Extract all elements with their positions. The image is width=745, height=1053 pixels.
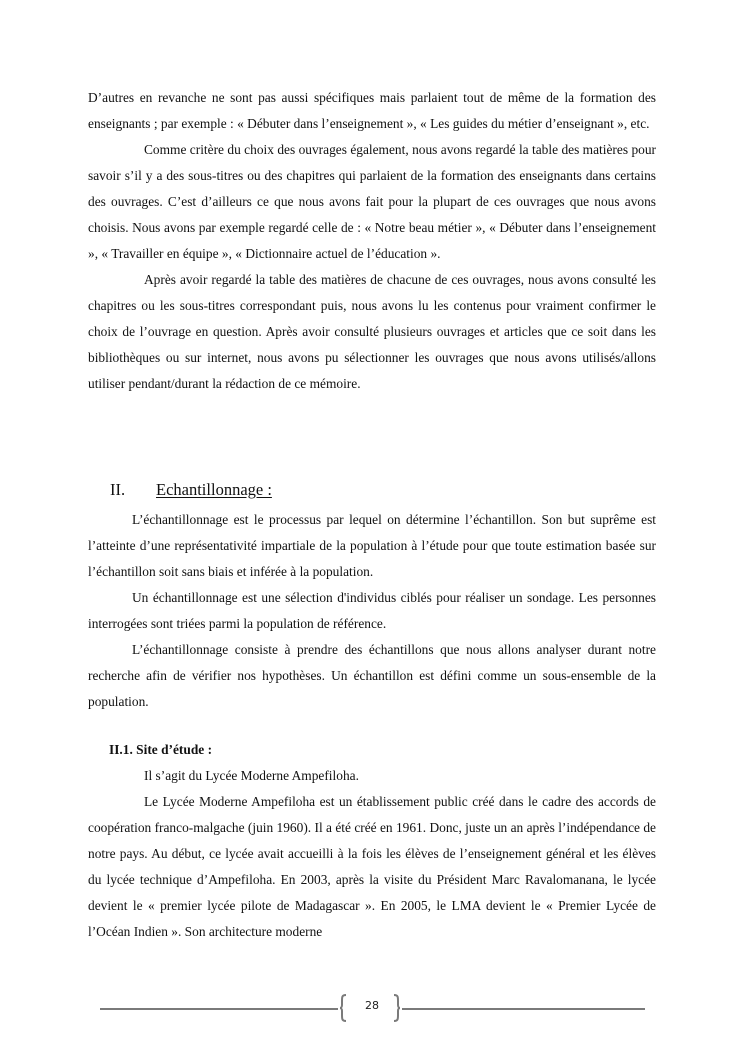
intro-text-block: D’autres en revanche ne sont pas aussi s… xyxy=(88,85,656,397)
paragraph: Le Lycée Moderne Ampefiloha est un établ… xyxy=(88,789,656,945)
document-page: D’autres en revanche ne sont pas aussi s… xyxy=(0,0,745,1053)
paragraph: D’autres en revanche ne sont pas aussi s… xyxy=(88,85,656,137)
section-number: II. xyxy=(110,478,156,502)
bracket-right-icon xyxy=(393,994,401,1022)
paragraph: Comme critère du choix des ouvrages égal… xyxy=(88,137,656,267)
paragraph: L’échantillonnage est le processus par l… xyxy=(88,507,656,585)
paragraph: Un échantillonnage est une sélection d'i… xyxy=(88,585,656,637)
page-number: 28 xyxy=(352,999,392,1012)
subsection-heading: II.1. Site d’étude : xyxy=(109,740,212,760)
subsection-text-block: Il s’agit du Lycée Moderne Ampefiloha. L… xyxy=(88,763,656,945)
section-text-block: L’échantillonnage est le processus par l… xyxy=(88,507,656,715)
paragraph: Il s’agit du Lycée Moderne Ampefiloha. xyxy=(88,763,656,789)
paragraph: Après avoir regardé la table des matière… xyxy=(88,267,656,397)
paragraph: L’échantillonnage consiste à prendre des… xyxy=(88,637,656,715)
bracket-left-icon xyxy=(339,994,347,1022)
page-footer: 28 xyxy=(0,990,745,1026)
footer-rule-right xyxy=(402,1008,645,1010)
section-heading: II.Echantillonnage : xyxy=(110,478,272,502)
footer-rule-left xyxy=(100,1008,338,1010)
section-title: Echantillonnage : xyxy=(156,480,272,499)
